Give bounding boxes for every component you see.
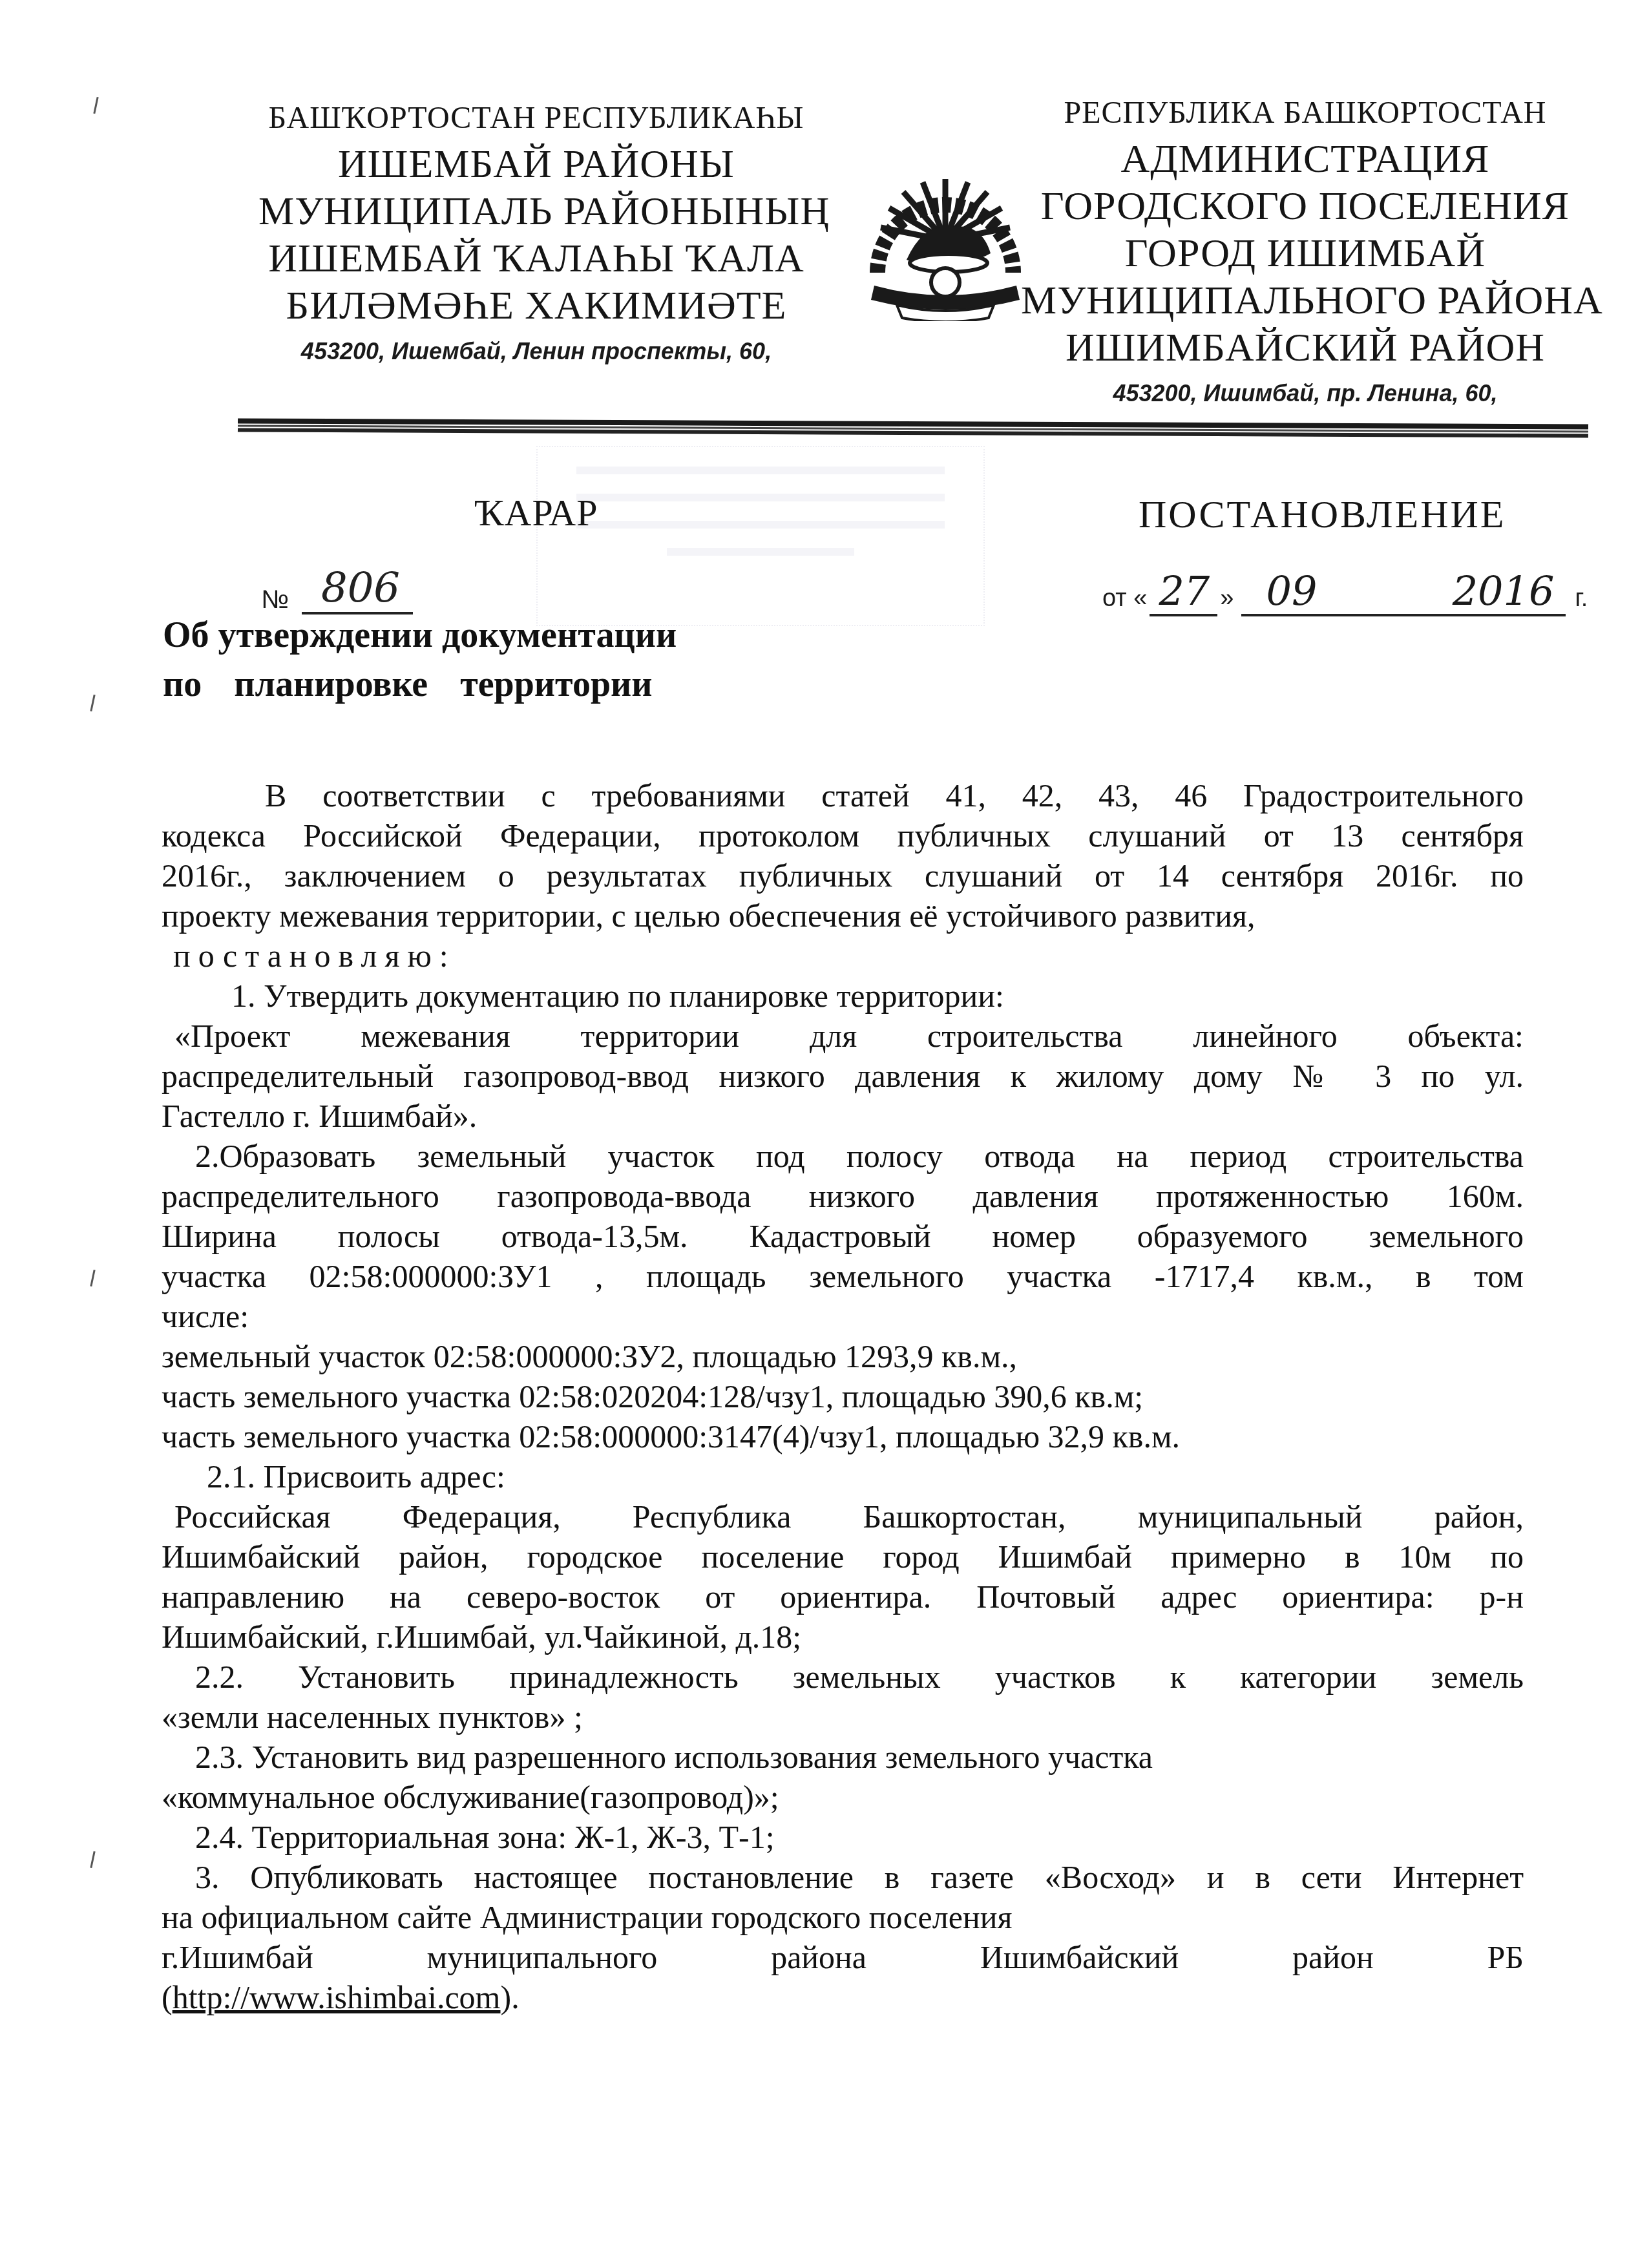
- header-bashkir-line: ИШЕМБАЙ ҠАЛАҺЫ ҠАЛА: [258, 235, 814, 282]
- date-month-year: 09 2016: [1241, 569, 1566, 616]
- website-link[interactable]: http://www.ishimbai.com: [173, 1979, 501, 2015]
- item-2-2-line: «земли населенных пунктов» ;: [162, 1697, 1524, 1737]
- item-2-line: числе:: [162, 1296, 1524, 1336]
- header-russian-address: 453200, Ишимбай, пр. Ленина, 60,: [1021, 374, 1590, 413]
- preamble-line: проекту межевания территории, с целью об…: [162, 896, 1524, 936]
- preamble-line: 2016г., заключением о результатах публич…: [162, 856, 1524, 896]
- parcel-line: земельный участок 02:58:000000:ЗУ2, площ…: [162, 1336, 1524, 1376]
- item-2-line: Ширина полосы отвода-13,5м. Кадастровый …: [162, 1216, 1524, 1256]
- margin-mark: [90, 1851, 95, 1868]
- subject-line: по планировке территории: [163, 660, 677, 709]
- margin-mark: [93, 97, 98, 114]
- item-2-4: 2.4. Территориальная зона: Ж-1, Ж-3, Т-1…: [162, 1817, 1524, 1857]
- link-open-paren: (: [162, 1979, 173, 2015]
- header-russian-line: РЕСПУБЛИКА БАШКОРТОСТАН: [1021, 90, 1590, 136]
- header-bashkir-line: БАШҠОРТОСТАН РЕСПУБЛИКАҺЫ: [258, 96, 814, 141]
- item-1-line: распределительный газопровод-ввод низког…: [162, 1056, 1524, 1096]
- doc-type-bashkir: ҠАРАР: [474, 491, 598, 534]
- date-month: 09: [1266, 569, 1317, 614]
- document-subject: Об утверждении документации по планировк…: [163, 611, 677, 709]
- preamble-line: В соответствии с требованиями статей 41,…: [162, 775, 1524, 815]
- date-year: 2016: [1453, 569, 1555, 614]
- document-date: от « 27 » 09 2016 г.: [1102, 569, 1588, 616]
- date-prefix: от «: [1102, 585, 1147, 616]
- header-bashkir-line: МУНИЦИПАЛЬ РАЙОНЫНЫҢ: [258, 188, 814, 235]
- coat-of-arms-icon: [852, 156, 1039, 321]
- item-3-line: г.Ишимбай муниципального района Ишимбайс…: [162, 1937, 1524, 1977]
- date-close-quote: »: [1220, 585, 1234, 616]
- website-line: (http://www.ishimbai.com).: [162, 1977, 1524, 2017]
- resolve-word: постановляю:: [162, 936, 1524, 976]
- item-2-line: распределительного газопровода-ввода низ…: [162, 1176, 1524, 1216]
- item-2-line: 2.Образовать земельный участок под полос…: [162, 1136, 1524, 1176]
- item-2-2-line: 2.2. Установить принадлежность земельных…: [162, 1657, 1524, 1697]
- parcel-line: часть земельного участка 02:58:000000:31…: [162, 1416, 1524, 1456]
- item-2-3-line: 2.3. Установить вид разрешенного использ…: [162, 1737, 1524, 1777]
- date-day: 27: [1150, 569, 1217, 616]
- item-1-line: Гастелло г. Ишимбай».: [162, 1096, 1524, 1136]
- document-body: В соответствии с требованиями статей 41,…: [162, 775, 1524, 2017]
- header-russian-line: ГОРОДСКОГО ПОСЕЛЕНИЯ: [1021, 183, 1590, 230]
- item-1-line: «Проект межевания территории для строите…: [162, 1016, 1524, 1056]
- faint-stamp-imprint: [536, 446, 985, 626]
- header-divider: [238, 418, 1588, 438]
- parcel-line: часть земельного участка 02:58:020204:12…: [162, 1376, 1524, 1416]
- preamble-line: кодекса Российской Федерации, протоколом…: [162, 815, 1524, 856]
- doc-type-russian: ПОСТАНОВЛЕНИЕ: [1139, 492, 1506, 537]
- header-russian-line: АДМИНИСТРАЦИЯ: [1021, 136, 1590, 183]
- margin-mark: [90, 1270, 95, 1286]
- address-line: Ишимбайский район, городское поселение г…: [162, 1537, 1524, 1577]
- item-1-title: 1. Утвердить документацию по планировке …: [162, 976, 1524, 1016]
- address-line: направлению на северо-восток от ориентир…: [162, 1577, 1524, 1617]
- header-bashkir-block: БАШҠОРТОСТАН РЕСПУБЛИКАҺЫ ИШЕМБАЙ РАЙОНЫ…: [258, 96, 814, 371]
- item-2-1-title: 2.1. Присвоить адрес:: [162, 1456, 1524, 1496]
- header-bashkir-address: 453200, Ишембай, Ленин проспекты, 60,: [258, 332, 814, 371]
- subject-line: Об утверждении документации: [163, 611, 677, 660]
- header-russian-line: ИШИМБАЙСКИЙ РАЙОН: [1021, 324, 1590, 372]
- item-2-3-line: «коммунальное обслуживание(газопровод)»;: [162, 1777, 1524, 1817]
- number-value: 806: [302, 565, 413, 614]
- header-russian-line: МУНИЦИПАЛЬНОГО РАЙОНА: [1021, 277, 1590, 324]
- margin-mark: [90, 695, 95, 711]
- item-3-line: 3. Опубликовать настоящее постановление …: [162, 1857, 1524, 1897]
- document-number: № 806: [261, 565, 413, 614]
- header-russian-block: РЕСПУБЛИКА БАШКОРТОСТАН АДМИНИСТРАЦИЯ ГО…: [1021, 90, 1590, 413]
- link-close-paren: ).: [501, 1979, 520, 2015]
- header-bashkir-line: ИШЕМБАЙ РАЙОНЫ: [258, 141, 814, 188]
- date-suffix: г.: [1575, 585, 1588, 616]
- header-russian-line: ГОРОД ИШИМБАЙ: [1021, 230, 1590, 277]
- item-2-line: участка 02:58:000000:ЗУ1 , площадь земел…: [162, 1256, 1524, 1296]
- address-line: Ишимбайский, г.Ишимбай, ул.Чайкиной, д.1…: [162, 1617, 1524, 1657]
- header-bashkir-line: БИЛӘМӘҺЕ ХАКИМИӘТЕ: [258, 282, 814, 330]
- item-3-line: на официальном сайте Администрации город…: [162, 1897, 1524, 1937]
- address-line: Российская Федерация, Республика Башкорт…: [162, 1496, 1524, 1537]
